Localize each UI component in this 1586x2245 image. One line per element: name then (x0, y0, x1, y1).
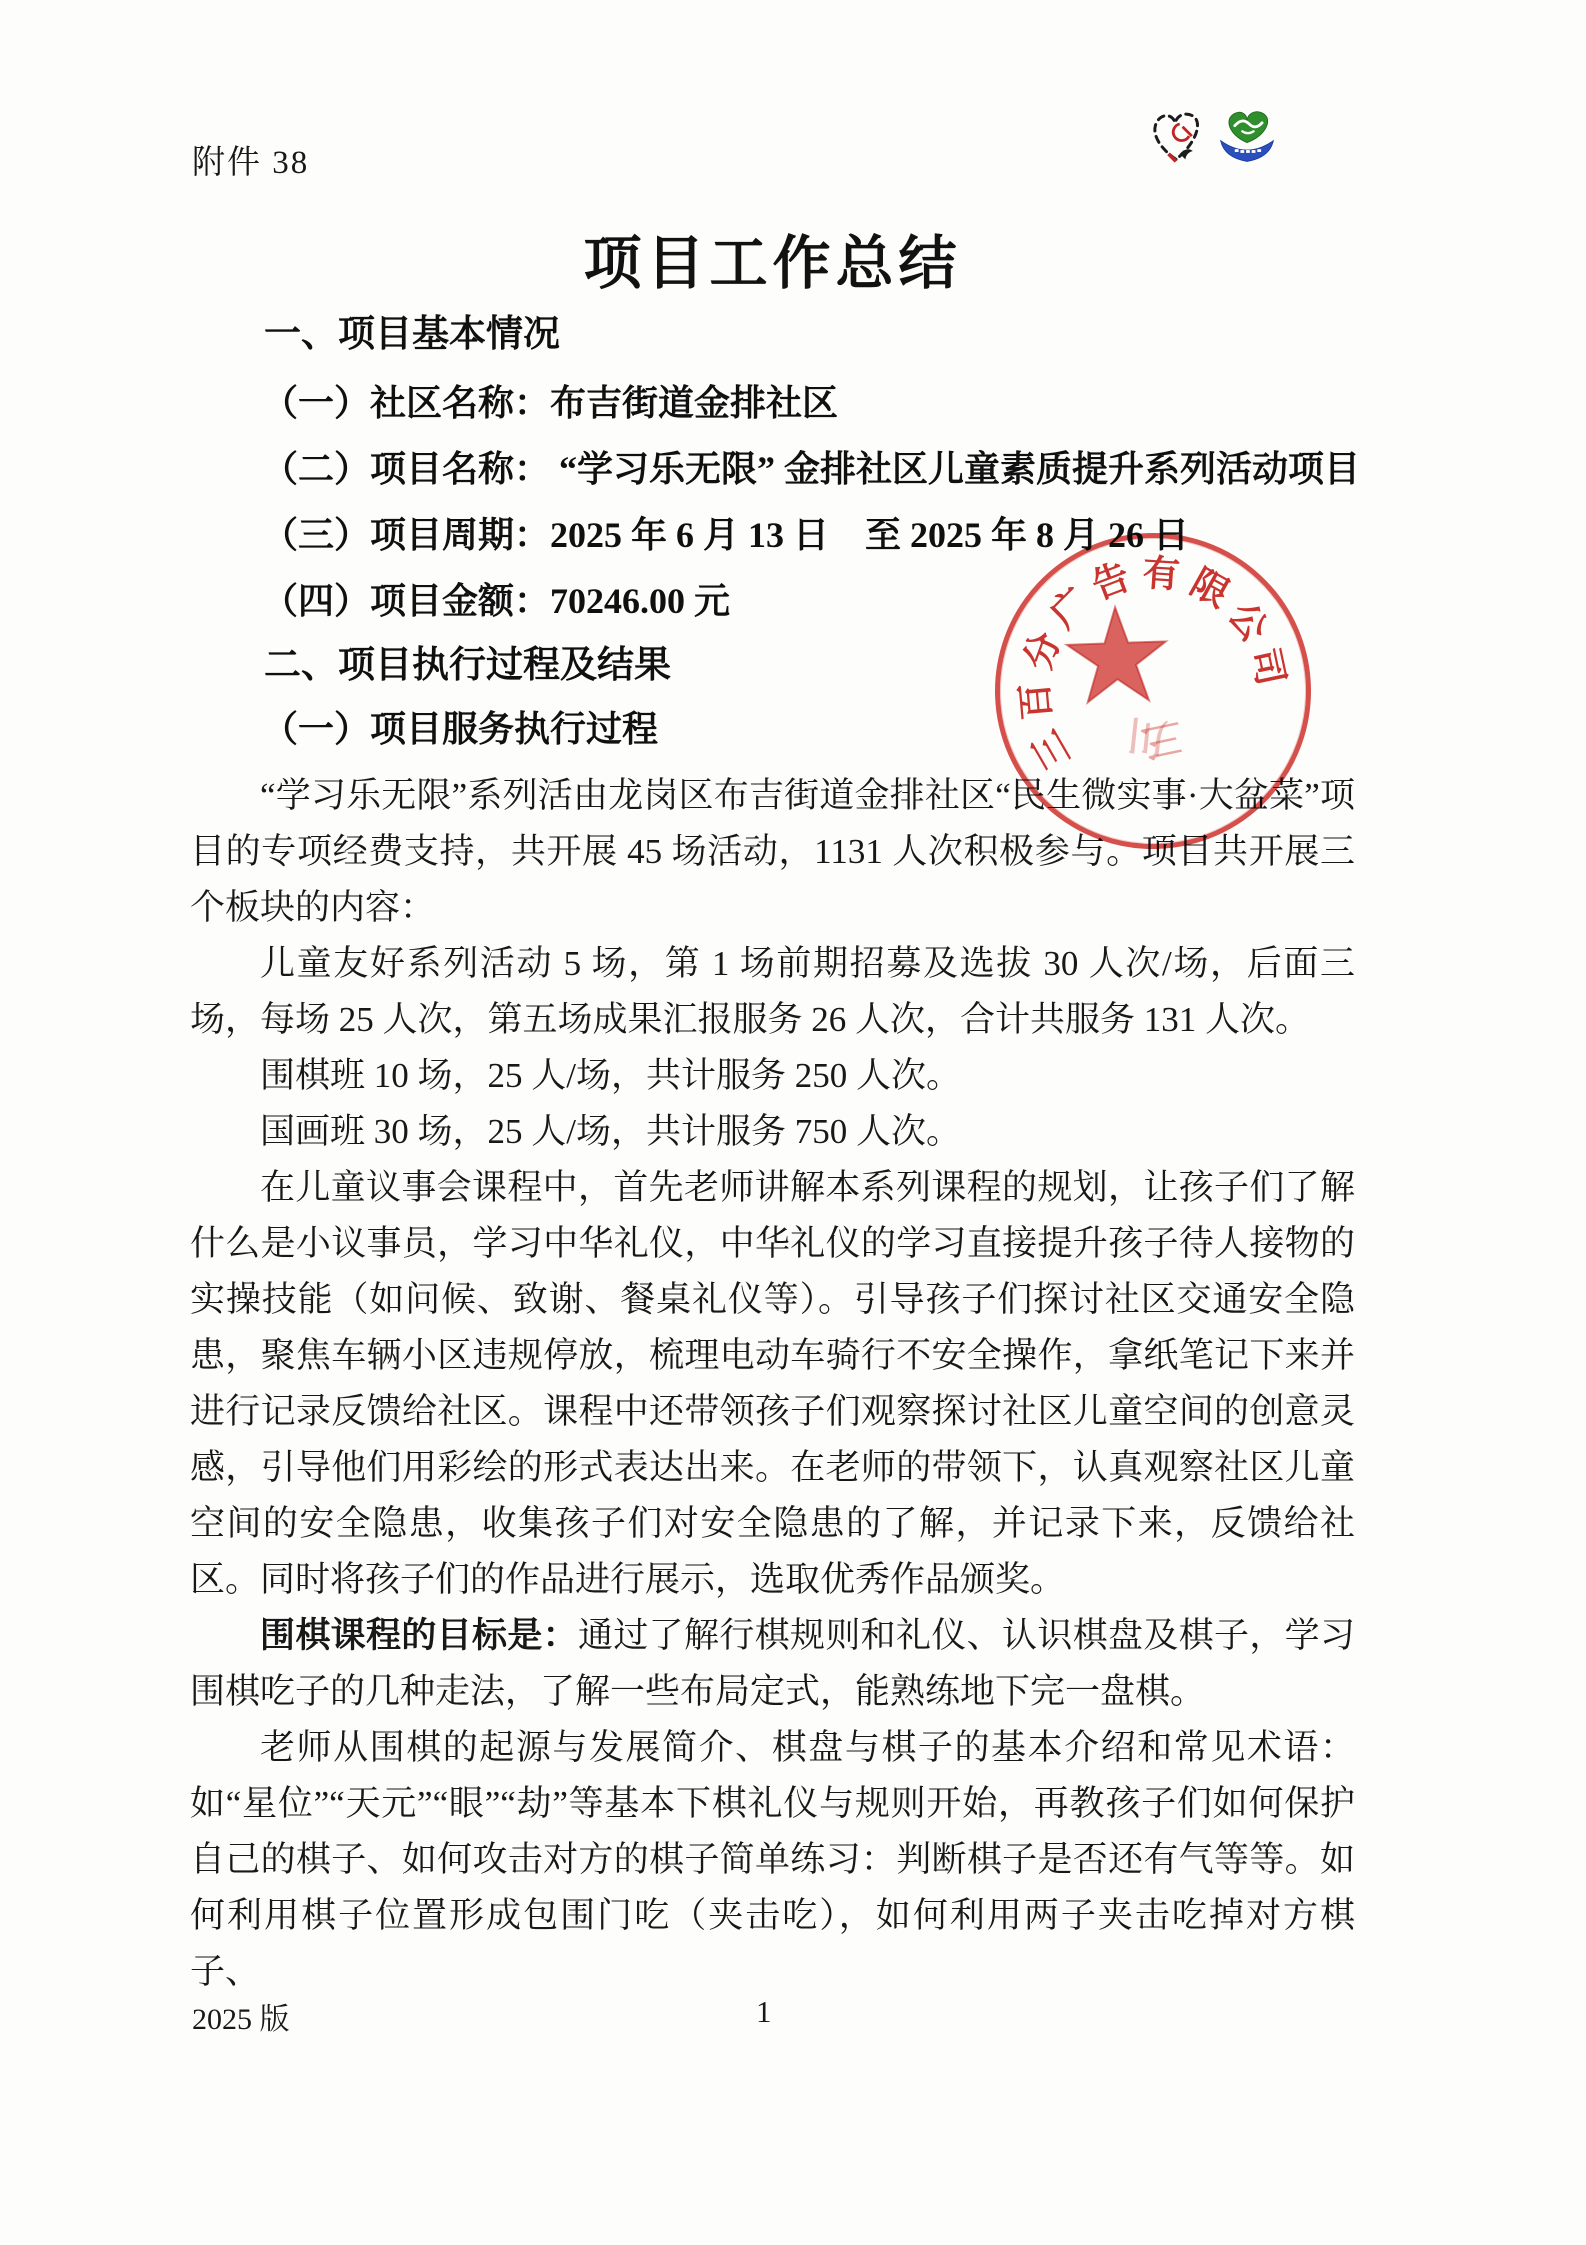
paragraph-text: 围棋班 10 场，25 人/场，共计服务 250 人次。 (260, 1056, 961, 1095)
charity-heart-bowl-logo (1216, 106, 1278, 171)
paragraph-text: 老师从围棋的起源与发展简介、棋盘与棋子的基本介绍和常见术语：如“星位”“天元”“… (190, 1728, 1355, 1991)
paragraph-text: 儿童友好系列活动 5 场，第 1 场前期招募及选拔 30 人次/场，后面三场，每… (190, 944, 1355, 1039)
paragraph-children-council: 在儿童议事会课程中，首先老师讲解本系列课程的规划，让孩子们了解什么是小议事员，学… (190, 1160, 1355, 1608)
paragraph-lead: 围棋课程的目标是： (260, 1616, 578, 1655)
party-heart-logo (1148, 106, 1204, 173)
paragraph-painting-class: 国画班 30 场，25 人/场，共计服务 750 人次。 (190, 1104, 1355, 1160)
stamp-arc-char: 三 (1027, 723, 1079, 775)
footer-edition: 2025 版 (192, 1994, 290, 2038)
footer-page-number: 1 (756, 1994, 772, 2030)
stamp-arc-char: 有 (1141, 555, 1182, 596)
paragraph-text: 在儿童议事会课程中，首先老师讲解本系列课程的规划，让孩子们了解什么是小议事员，学… (190, 1168, 1355, 1599)
paragraph-child-friendly-series: 儿童友好系列活动 5 场，第 1 场前期招募及选拔 30 人次/场，后面三场，每… (190, 936, 1355, 1048)
stamp-arc-char: 公 (1220, 596, 1273, 649)
header-logos (1148, 106, 1278, 173)
stamp-arc-char: 司 (1244, 644, 1289, 689)
scanned-document: { "page": { "attachment": "附件 38", "titl… (0, 0, 1586, 2245)
section-heading-basic-info: 一、项目基本情况 (190, 306, 1355, 364)
paragraph-weiqi-goal: 围棋课程的目标是：通过了解行棋规则和礼仪、认识棋盘及棋子，学习围棋吃子的几种走法… (190, 1608, 1355, 1720)
page-title: 项目工作总结 (190, 216, 1355, 300)
stamp-arc-char: 限 (1183, 564, 1235, 616)
meta-item-community-name: （一）社区名称：布吉街道金排社区 (190, 370, 1355, 436)
paragraph-weiqi-teaching: 老师从围棋的起源与发展简介、棋盘与棋子的基本介绍和常见术语：如“星位”“天元”“… (190, 1720, 1355, 2000)
paragraph-text: 国画班 30 场，25 人/场，共计服务 750 人次。 (260, 1112, 961, 1151)
stamp-ghost-mark: 川 (1126, 728, 1168, 770)
meta-item-project-name: （二）项目名称： “学习乐无限” 金排社区儿童素质提升系列活动项目 (190, 436, 1355, 502)
paragraph-weiqi-class: 围棋班 10 场，25 人/场，共计服务 250 人次。 (190, 1048, 1355, 1104)
stamp-arc-char: 百 (1017, 681, 1058, 722)
attachment-label: 附件 38 (192, 136, 309, 183)
